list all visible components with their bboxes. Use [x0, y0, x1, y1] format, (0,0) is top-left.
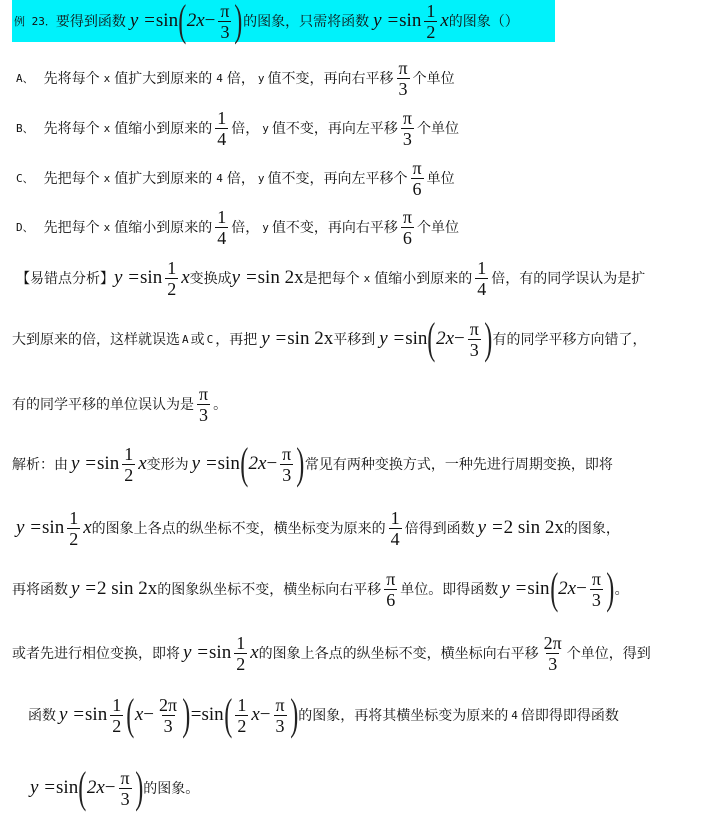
analysis-line-1: 【易错点分析】 y = sin 12x 变换成 y = sin 2x 是把每个x…: [16, 255, 645, 301]
solution-line-6: y = sin (2x − π3) 的图象。: [30, 764, 199, 812]
option-a: A、 先将每个x 值扩大到原来的4 倍，y 值不变，再向右平移 π3 个单位: [16, 56, 455, 100]
solution-line-5: 函数 y = sin 12 (x − 2π3) = sin (12x − π3)…: [28, 690, 619, 740]
question-middle: 的图象，只需将函数: [243, 11, 369, 31]
option-c: C、 先把每个x 值扩大到原来的4 倍，y 值不变，再向左平移个 π6 单位: [16, 156, 455, 200]
analysis-line-3: 有的同学平移的单位误认为是 π3 。: [12, 382, 227, 426]
analysis-heading: 【易错点分析】: [16, 268, 114, 288]
option-d: D、 先把每个x 值缩小到原来的 14 倍，y 值不变，再向右平移 π6 个单位: [16, 205, 459, 249]
solution-line-3: 再将函数 y = 2 sin 2x 的图象纵坐标不变，横坐标向右平移 π6 单位…: [12, 566, 629, 612]
target-function: y = sin (2x − π3 ): [130, 0, 243, 43]
question-suffix: 的图象（）: [449, 11, 519, 31]
solution-line-1: 解析：由 y = sin 12x 变形为 y = sin (2x − π3) 常…: [12, 441, 613, 487]
question-prefix: 要得到函数: [56, 11, 126, 31]
analysis-line-2: 大到原来的倍，这样就误选A 或C ，再把 y = sin 2x 平移到 y = …: [12, 316, 646, 362]
question-line: 例 23． 要得到函数 y = sin (2x − π3 ) 的图象，只需将函数…: [14, 0, 519, 42]
source-function: y = sin 12x: [373, 1, 449, 42]
solution-line-4: 或者先进行相位变换，即将 y = sin 12x 的图象上各点的纵坐标不变，横坐…: [12, 630, 651, 676]
question-number: 例 23．: [14, 13, 56, 29]
solution-line-2: y = sin 12x 的图象上各点的纵坐标不变，横坐标变为原来的 14 倍得到…: [16, 505, 620, 551]
option-b: B、 先将每个x 值缩小到原来的 14 倍，y 值不变，再向左平移 π3 个单位: [16, 106, 459, 150]
